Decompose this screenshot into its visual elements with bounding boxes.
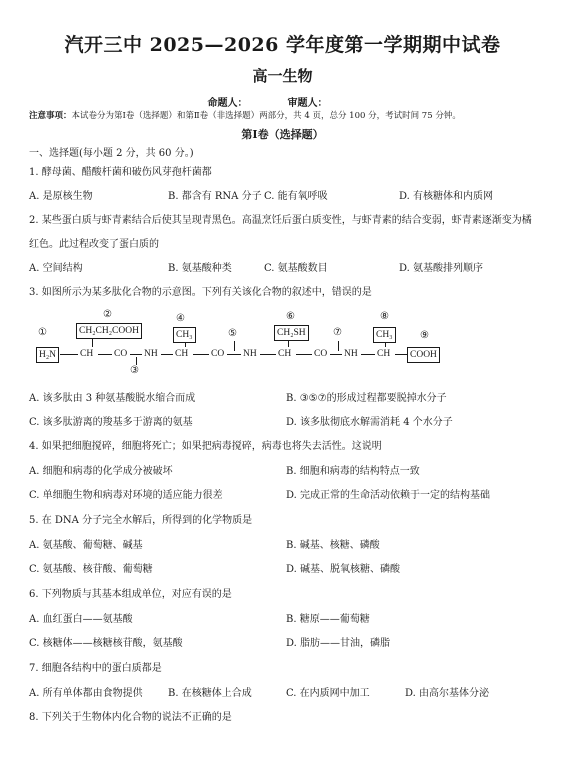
amino-group: H₂N	[36, 347, 59, 363]
question-1-option-c: C. 能有氧呼吸	[264, 187, 328, 202]
question-5-stem: 5. 在 DNA 分子完全水解后，所得到的化学物质是	[29, 511, 252, 526]
question-4-option-c: C. 单细胞生物和病毒对环境的适应能力很差	[29, 486, 223, 501]
question-7-stem: 7. 细胞各结构中的蛋白质都是	[29, 659, 162, 674]
polypeptide-diagram: ① ② ③ ④ ⑤ ⑥ ⑦ ⑧ ⑨ CH₂CH₂COOH CH₃ CH₂SH C…	[30, 305, 460, 380]
question-6-option-c: C. 核糖体——核糖核苷酸，氨基酸	[29, 634, 183, 649]
r-group-2: CH₃	[173, 327, 196, 343]
question-7-option-b: B. 在核糖体上合成	[168, 684, 252, 699]
question-4-option-d: D. 完成正常的生命活动依赖于一定的结构基础	[286, 486, 490, 501]
label-4: ④	[176, 313, 185, 324]
question-4-option-b: B. 细胞和病毒的结构特点一致	[286, 462, 420, 477]
authors-line: 命题人：审题人：	[0, 94, 565, 109]
exam-subject: 高一生物	[0, 65, 565, 86]
question-2-option-c: C. 氨基酸数目	[264, 259, 328, 274]
question-5-option-c: C. 氨基酸、核苷酸、葡萄糖	[29, 560, 153, 575]
label-2: ②	[103, 309, 112, 320]
notice-label: 注意事项：	[29, 111, 72, 121]
question-2-option-b: B. 氨基酸种类	[168, 259, 232, 274]
question-4-stem: 4. 如果把细胞搅碎，细胞将死亡；如果把病毒搅碎，病毒也将失去活性。这说明	[29, 437, 382, 452]
r-group-4: CH₃	[373, 327, 396, 343]
question-3-option-c: C. 该多肽游离的羧基多于游离的氨基	[29, 413, 193, 428]
question-1-option-b: B. 都含有 RNA 分子	[168, 187, 262, 202]
question-2-option-d: D. 氨基酸排列顺序	[399, 259, 483, 274]
question-3-option-a: A. 该多肽由 3 种氨基酸脱水缩合而成	[29, 389, 195, 404]
question-6-option-b: B. 糖原——葡萄糖	[286, 610, 370, 625]
question-1-stem: 1. 酵母菌、醋酸杆菌和破伤风芽孢杆菌都	[29, 163, 212, 178]
r-group-3: CH₂SH	[274, 325, 309, 341]
label-3: ③	[130, 365, 139, 376]
question-6-stem: 6. 下列物质与其基本组成单位，对应有误的是	[29, 585, 232, 600]
question-1-option-d: D. 有核糖体和内质网	[399, 187, 493, 202]
exam-title: 汽开三中 2025—2026 学年度第一学期期中试卷	[0, 30, 565, 57]
question-3-option-b: B. ③⑤⑦的形成过程都要脱掉水分子	[286, 389, 447, 404]
carboxyl-group: COOH	[407, 347, 440, 363]
question-6-option-a: A. 血红蛋白——氨基酸	[29, 610, 133, 625]
section-title: 第Ⅰ卷（选择题）	[0, 126, 565, 142]
label-6: ⑥	[286, 311, 295, 322]
label-5: ⑤	[228, 328, 237, 339]
question-5-option-b: B. 碱基、核糖、磷酸	[286, 536, 380, 551]
question-2-stem-line1: 2. 某些蛋白质与虾青素结合后使其呈现青黑色。高温烹饪后蛋白质变性，与虾青素的结…	[29, 211, 532, 226]
question-3-stem: 3. 如图所示为某多肽化合物的示意图。下列有关该化合物的叙述中，错误的是	[29, 283, 372, 298]
question-5-option-d: D. 碱基、脱氧核糖、磷酸	[286, 560, 400, 575]
reviewer-label: 审题人：	[288, 94, 328, 109]
question-2-option-a: A. 空间结构	[29, 259, 83, 274]
question-6-option-d: D. 脂肪——甘油，磷脂	[286, 634, 390, 649]
notice-text: 本试卷分为第Ⅰ卷（选择题）和第Ⅱ卷（非选择题）两部分，共 4 页，总分 100 …	[72, 111, 461, 121]
question-4-option-a: A. 细胞和病毒的化学成分被破坏	[29, 462, 173, 477]
question-2-stem-line2: 红色。此过程改变了蛋白质的	[29, 235, 159, 250]
label-7: ⑦	[333, 327, 342, 338]
question-5-option-a: A. 氨基酸、葡萄糖、碱基	[29, 536, 143, 551]
question-7-option-d: D. 由高尔基体分泌	[405, 684, 489, 699]
author-label: 命题人：	[208, 94, 248, 109]
label-1: ①	[38, 327, 47, 338]
label-9: ⑨	[420, 330, 429, 341]
question-7-option-a: A. 所有单体都由食物提供	[29, 684, 143, 699]
question-7-option-c: C. 在内质网中加工	[286, 684, 370, 699]
question-1-option-a: A. 是原核生物	[29, 187, 93, 202]
question-8-stem: 8. 下列关于生物体内化合物的说法不正确的是	[29, 708, 232, 723]
question-3-option-d: D. 该多肽彻底水解需消耗 4 个水分子	[286, 413, 453, 428]
notice: 注意事项：本试卷分为第Ⅰ卷（选择题）和第Ⅱ卷（非选择题）两部分，共 4 页，总分…	[29, 109, 461, 121]
r-group-1: CH₂CH₂COOH	[76, 323, 142, 339]
part-title: 一、选择题(每小题 2 分，共 60 分。)	[29, 144, 194, 159]
label-8: ⑧	[380, 311, 389, 322]
